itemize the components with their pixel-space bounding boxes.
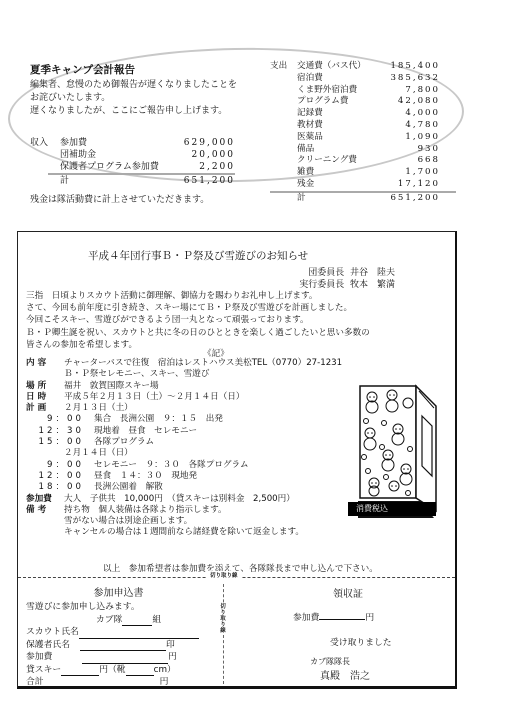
detail-notes: 備考持ち物 個人装備は各隊より指示します。 (26, 505, 342, 516)
application-intro: 雪遊びに参加申し込みます。 (26, 601, 211, 614)
expense-row: プログラム費42,080 (270, 96, 440, 108)
accounting-report: 夏季キャンプ会計報告 編集者、怠慢のため御報告が遅くなりましたことを お詫びいた… (0, 0, 506, 230)
fee-blank[interactable] (82, 653, 168, 664)
report-intro-line: 遅くなりましたが、ここにご報告申し上げます。 (30, 103, 227, 116)
scout-name-field: スカウト氏名 (26, 626, 211, 639)
expense-label: 支出 (270, 61, 297, 73)
expense-table: 支出交通費（バス代）185,400 宿泊費385,632 くま野外宿泊費7,80… (270, 61, 440, 205)
plan-event: 18：00長洲公園着 解散 (26, 482, 342, 493)
detail-place: 場所福井 敦賀国際スキー場 (26, 381, 342, 392)
plan-event: 9：00集合 長洲公園 ９：１５ 出発 (26, 414, 342, 425)
expense-row: 宿泊費385,632 (270, 73, 440, 85)
notice-body: 三指 日頃よりスカウト活動に御理解、御協力を賜わりお礼申し上げます。 さて、今回… (26, 290, 370, 351)
income-row: 保護者プログラム参加費 2,200 (30, 161, 235, 173)
guardian-name-field: 保護者氏名 印 (26, 639, 211, 652)
receipt-received-text: 受け取りました (248, 635, 448, 648)
plan-event: 12：30現地着 昼食 セレモニー (26, 426, 342, 437)
income-table: 収入 参加費 629,000 団補助金 20,000 保護者プログラム参加費 2… (30, 137, 235, 187)
income-row: 収入 参加費 629,000 (30, 137, 235, 149)
expense-total-row: 計651,200 (270, 193, 440, 205)
expense-row: 医薬品1,090 (270, 132, 440, 144)
cut-line-label-vertical: 切り取り線 (218, 604, 228, 634)
plan-event: 15：00各隊プログラム (26, 437, 342, 448)
plan-event: 12：00昼食 １４：３０ 現地発 (26, 471, 342, 482)
signature-executive-chair: 実行委員長 牧本 繁満 (299, 277, 395, 290)
receipt-fee-field: 参加費円 (248, 609, 448, 623)
receipt-title: 領収証 (248, 585, 448, 600)
shoe-size-blank[interactable] (126, 665, 154, 676)
guardian-name-blank[interactable] (80, 640, 166, 651)
receipt: 領収証 参加費円 受け取りました カブ隊隊長 真殿 浩之 (248, 584, 448, 682)
application-title: 参加申込書 (26, 584, 211, 599)
fee-field: 参加費 円 (26, 651, 211, 664)
troop-number-blank[interactable] (122, 615, 152, 626)
detail-date: 日時平成５年２月１３日（土）～２月１４日（日） (26, 392, 342, 403)
detail-content: 内容チャーターバスで往復 宿泊はレストハウス美松TEL（0770）27-1231 (26, 358, 342, 369)
expense-row: 教材費4,780 (270, 120, 440, 132)
rental-ski-field: 貸スキー 円（靴 cm） (26, 664, 211, 677)
event-notice: 平成４年団行事Ｂ・Ｐ祭及び雪遊びのお知らせ 団委員長 井谷 陸夫 実行委員長 牧… (17, 231, 457, 689)
seal-mark: 印 (166, 639, 175, 652)
expense-row: 残金17,120 (270, 179, 440, 191)
expense-row: くま野外宿泊費7,800 (270, 85, 440, 97)
report-footer-note: 残金は隊活動費に計上させていただきます。 (30, 192, 209, 205)
total-field: 合計 円 (26, 676, 211, 689)
expense-row: 支出交通費（バス代）185,400 (270, 61, 440, 73)
rental-ski-amount-blank[interactable] (61, 665, 99, 676)
cut-line-label: 切り取り線 (206, 571, 242, 579)
snowman-door-illustration (358, 381, 438, 521)
income-label: 収入 (30, 137, 60, 149)
income-total-row: 計 651,200 (30, 175, 235, 187)
expense-row: 雑費1,700 (270, 167, 440, 179)
receipt-signer-role: カブ隊隊長 (248, 656, 448, 667)
vertical-cut-line (223, 584, 224, 684)
notice-title: 平成４年団行事Ｂ・Ｐ祭及び雪遊びのお知らせ (88, 248, 308, 263)
total-blank[interactable] (48, 678, 160, 689)
detail-fee: 参加費大人 子供共 10,000円 （貸スキーは別料金 2,500円） (26, 494, 342, 505)
report-title: 夏季キャンプ会計報告 (30, 62, 135, 77)
event-details: 内容チャーターバスで往復 宿泊はレストハウス美松TEL（0770）27-1231… (26, 358, 342, 539)
report-intro-line: 編集者、怠慢のため御報告が遅くなりましたことを (30, 77, 237, 90)
plan-day: ２月１４日（日） (26, 448, 342, 459)
income-row: 団補助金 20,000 (30, 149, 235, 161)
expense-row: 備品930 (270, 144, 440, 156)
plan-event: 9：00セレモニー ９：３０ 各隊プログラム (26, 460, 342, 471)
receipt-fee-blank[interactable] (319, 609, 365, 620)
receipt-signer-name: 真殿 浩之 (248, 667, 448, 682)
expense-row: クリーニング費668 (270, 155, 440, 167)
report-intro-line: お詫びいたします。 (30, 90, 110, 103)
troop-field: カブ隊 組 (26, 614, 211, 627)
tax-included-label: 消費税込 (348, 502, 436, 516)
scout-name-blank[interactable] (79, 628, 199, 639)
expense-row: 記録費4,000 (270, 108, 440, 120)
application-form: 参加申込書 雪遊びに参加申し込みます。 カブ隊 組 スカウト氏名 保護者氏名 印… (26, 584, 211, 689)
detail-plan: 計画２月１３日（土） (26, 403, 342, 414)
